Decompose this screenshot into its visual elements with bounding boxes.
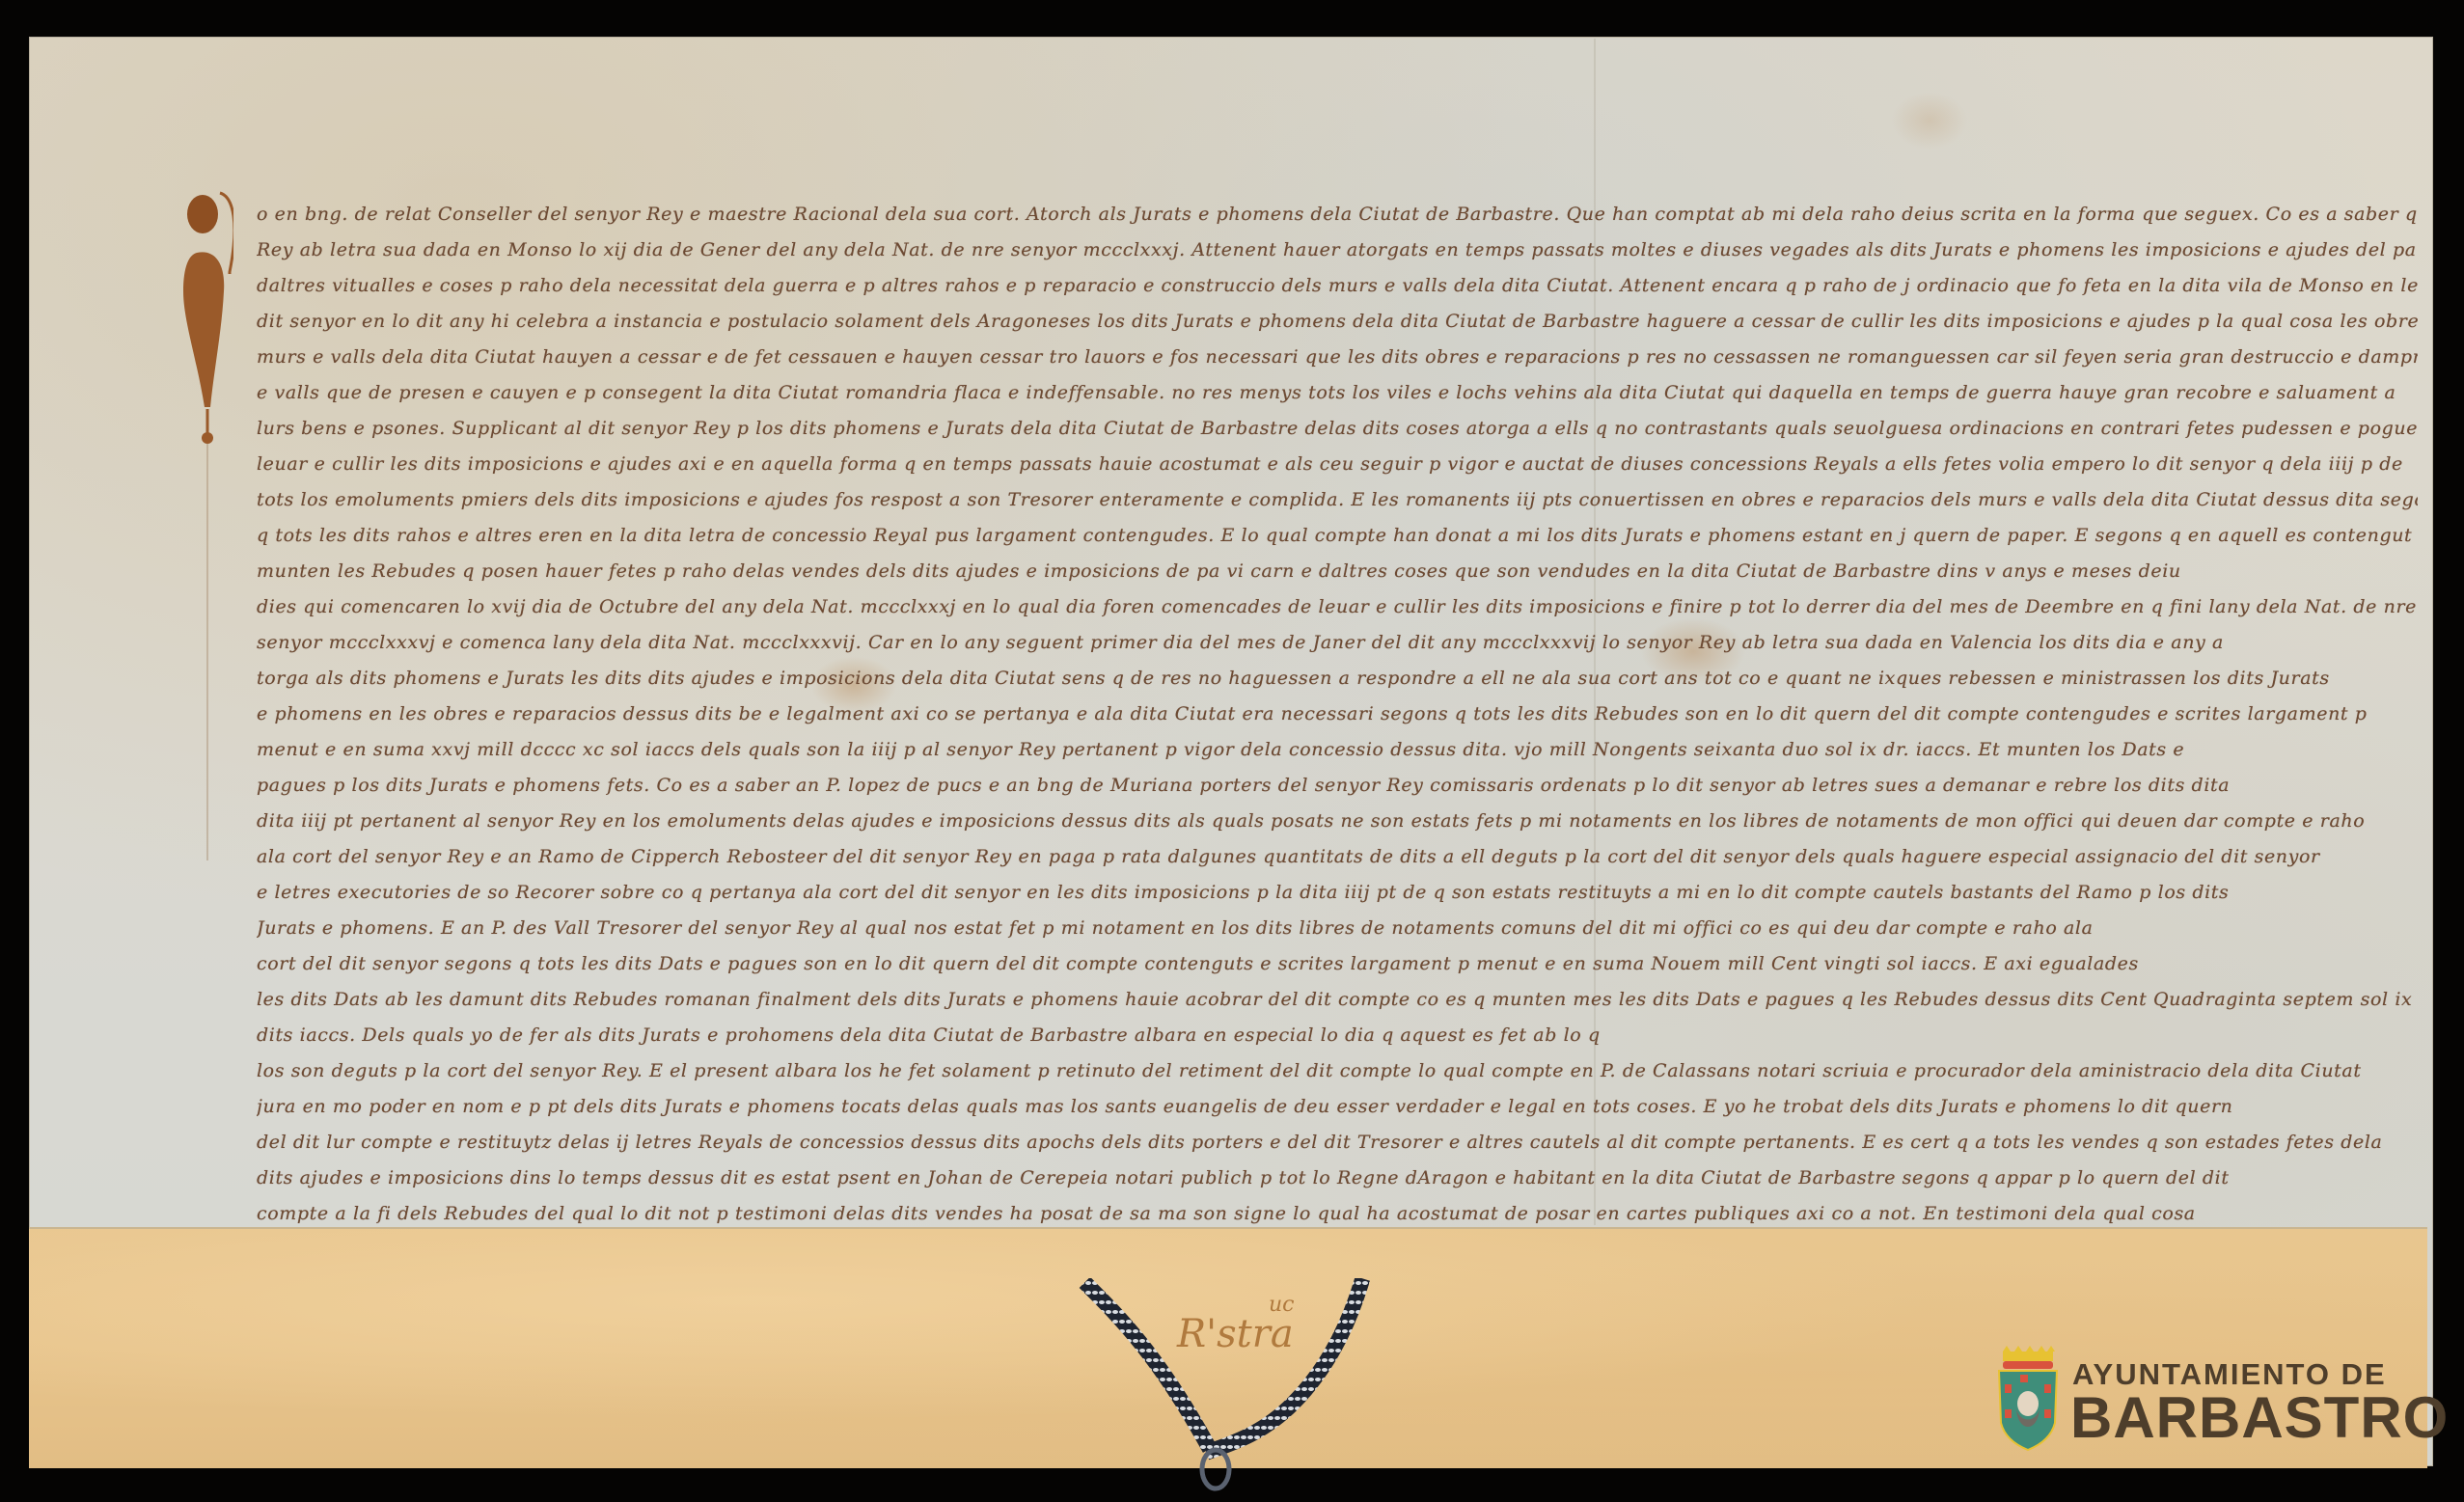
text-line: les dits Dats ab les damunt dits Rebudes… bbox=[257, 982, 2418, 1018]
text-line: tots los emoluments pmiers dels dits imp… bbox=[257, 482, 2418, 518]
text-line: cort del dit senyor segons q tots les di… bbox=[257, 946, 2418, 982]
text-line: dies qui comencaren lo xvij dia de Octub… bbox=[257, 589, 2418, 625]
text-line: menut e en suma xxvj mill dcccc xc sol i… bbox=[257, 732, 2418, 768]
text-line: los son deguts p la cort del senyor Rey.… bbox=[257, 1053, 2418, 1089]
text-line: dita iiij pt pertanent al senyor Rey en … bbox=[257, 804, 2418, 839]
text-line: q tots les dits rahos e altres eren en l… bbox=[257, 518, 2418, 554]
ayuntamiento-barbastro-logo: AYUNTAMIENTO DE BARBASTRO bbox=[1995, 1346, 2420, 1452]
decorated-initial-icon bbox=[176, 185, 233, 880]
text-line: jura en mo poder en nom e p pt dels dits… bbox=[257, 1089, 2418, 1125]
seal-cord-icon bbox=[1071, 1278, 1380, 1502]
charter-text: o en bng. de relat Conseller del senyor … bbox=[257, 197, 2418, 1268]
coat-of-arms-shield-icon bbox=[1995, 1346, 2061, 1452]
text-line: torga als dits phomens e Jurats les dits… bbox=[257, 661, 2418, 696]
stain bbox=[1891, 92, 1968, 150]
text-line: dits iaccs. Dels quals yo de fer als dit… bbox=[257, 1018, 2418, 1053]
text-line: ala cort del senyor Rey e an Ramo de Cip… bbox=[257, 839, 2418, 875]
text-line: dits ajudes e imposicions dins lo temps … bbox=[257, 1161, 2418, 1196]
text-line: o en bng. de relat Conseller del senyor … bbox=[257, 197, 2418, 232]
text-line: dit senyor en lo dit any hi celebra a in… bbox=[257, 304, 2418, 340]
text-line: Rey ab letra sua dada en Monso lo xij di… bbox=[257, 232, 2418, 268]
text-line: Jurats e phomens. E an P. des Vall Treso… bbox=[257, 911, 2418, 946]
text-line: e valls que de presen e cauyen e p conse… bbox=[257, 375, 2418, 411]
text-line: munten les Rebudes q posen hauer fetes p… bbox=[257, 554, 2418, 589]
text-line: pagues p los dits Jurats e phomens fets.… bbox=[257, 768, 2418, 804]
logo-line2: BARBASTRO bbox=[2070, 1384, 2449, 1451]
text-line: daltres vitualles e coses p raho dela ne… bbox=[257, 268, 2418, 304]
text-line: murs e valls dela dita Ciutat hauyen a c… bbox=[257, 340, 2418, 375]
text-line: lurs bens e psones. Supplicant al dit se… bbox=[257, 411, 2418, 447]
text-line: e letres executories de so Recorer sobre… bbox=[257, 875, 2418, 911]
text-line: leuar e cullir les dits imposicions e aj… bbox=[257, 447, 2418, 482]
text-line: e phomens en les obres e reparacios dess… bbox=[257, 696, 2418, 732]
text-line: senyor mccclxxxvj e comenca lany dela di… bbox=[257, 625, 2418, 661]
text-line: del dit lur compte e restituytz delas ij… bbox=[257, 1125, 2418, 1161]
